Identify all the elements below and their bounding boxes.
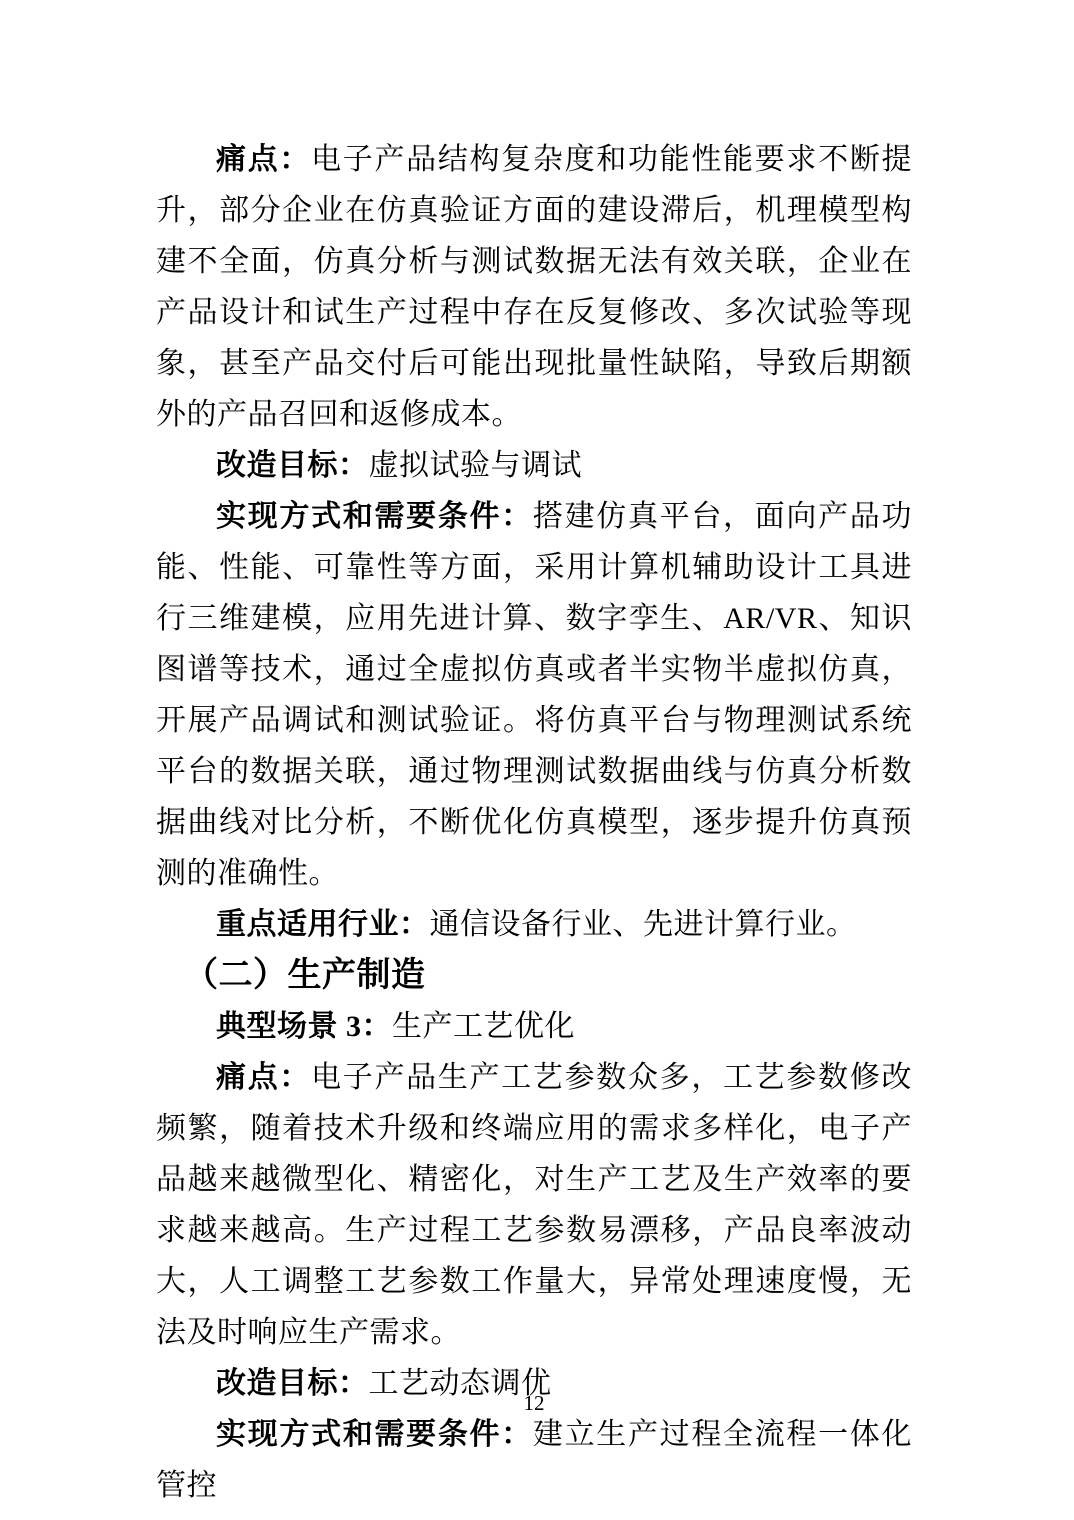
implementation-text: 搭建仿真平台，面向产品功能、性能、可靠性等方面，采用计算机辅助设计工具进行三维建… (156, 500, 912, 890)
typical-scene-label: 典型场景 3： (216, 1010, 392, 1043)
paragraph-pain-point-scene3: 痛点：电子产品生产工艺参数众多，工艺参数修改频繁，随着技术升级和终端应用的需求多… (156, 1052, 912, 1358)
pain-point-text: 电子产品结构复杂度和功能性能要求不断提升，部分企业在仿真验证方面的建设滞后，机理… (156, 143, 912, 431)
paragraph-typical-scene-3: 典型场景 3：生产工艺优化 (156, 1001, 912, 1052)
key-industries-label: 重点适用行业： (216, 908, 430, 941)
typical-scene-text: 生产工艺优化 (392, 1010, 575, 1043)
implementation-label: 实现方式和需要条件： (216, 500, 533, 533)
section-heading-production-manufacturing: （二）生产制造 (156, 950, 912, 1001)
upgrade-goal-label: 改造目标： (216, 449, 369, 482)
document-page: 痛点：电子产品结构复杂度和功能性能要求不断提升，部分企业在仿真验证方面的建设滞后… (0, 0, 1074, 1520)
document-body: 痛点：电子产品结构复杂度和功能性能要求不断提升，部分企业在仿真验证方面的建设滞后… (156, 134, 912, 1511)
pain-point-text: 电子产品生产工艺参数众多，工艺参数修改频繁，随着技术升级和终端应用的需求多样化，… (156, 1061, 912, 1349)
paragraph-upgrade-goal-scene2: 改造目标：虚拟试验与调试 (156, 440, 912, 491)
paragraph-implementation-scene2: 实现方式和需要条件：搭建仿真平台，面向产品功能、性能、可靠性等方面，采用计算机辅… (156, 491, 912, 899)
upgrade-goal-text: 虚拟试验与调试 (369, 449, 583, 482)
pain-point-label: 痛点： (216, 1061, 311, 1094)
paragraph-key-industries-scene2: 重点适用行业：通信设备行业、先进计算行业。 (156, 899, 912, 950)
pain-point-label: 痛点： (216, 143, 311, 176)
page-number: 12 (156, 1390, 912, 1416)
implementation-label: 实现方式和需要条件： (216, 1418, 533, 1451)
key-industries-text: 通信设备行业、先进计算行业。 (430, 908, 857, 941)
paragraph-implementation-scene3: 实现方式和需要条件：建立生产过程全流程一体化管控 (156, 1409, 912, 1511)
paragraph-pain-point-scene2: 痛点：电子产品结构复杂度和功能性能要求不断提升，部分企业在仿真验证方面的建设滞后… (156, 134, 912, 440)
